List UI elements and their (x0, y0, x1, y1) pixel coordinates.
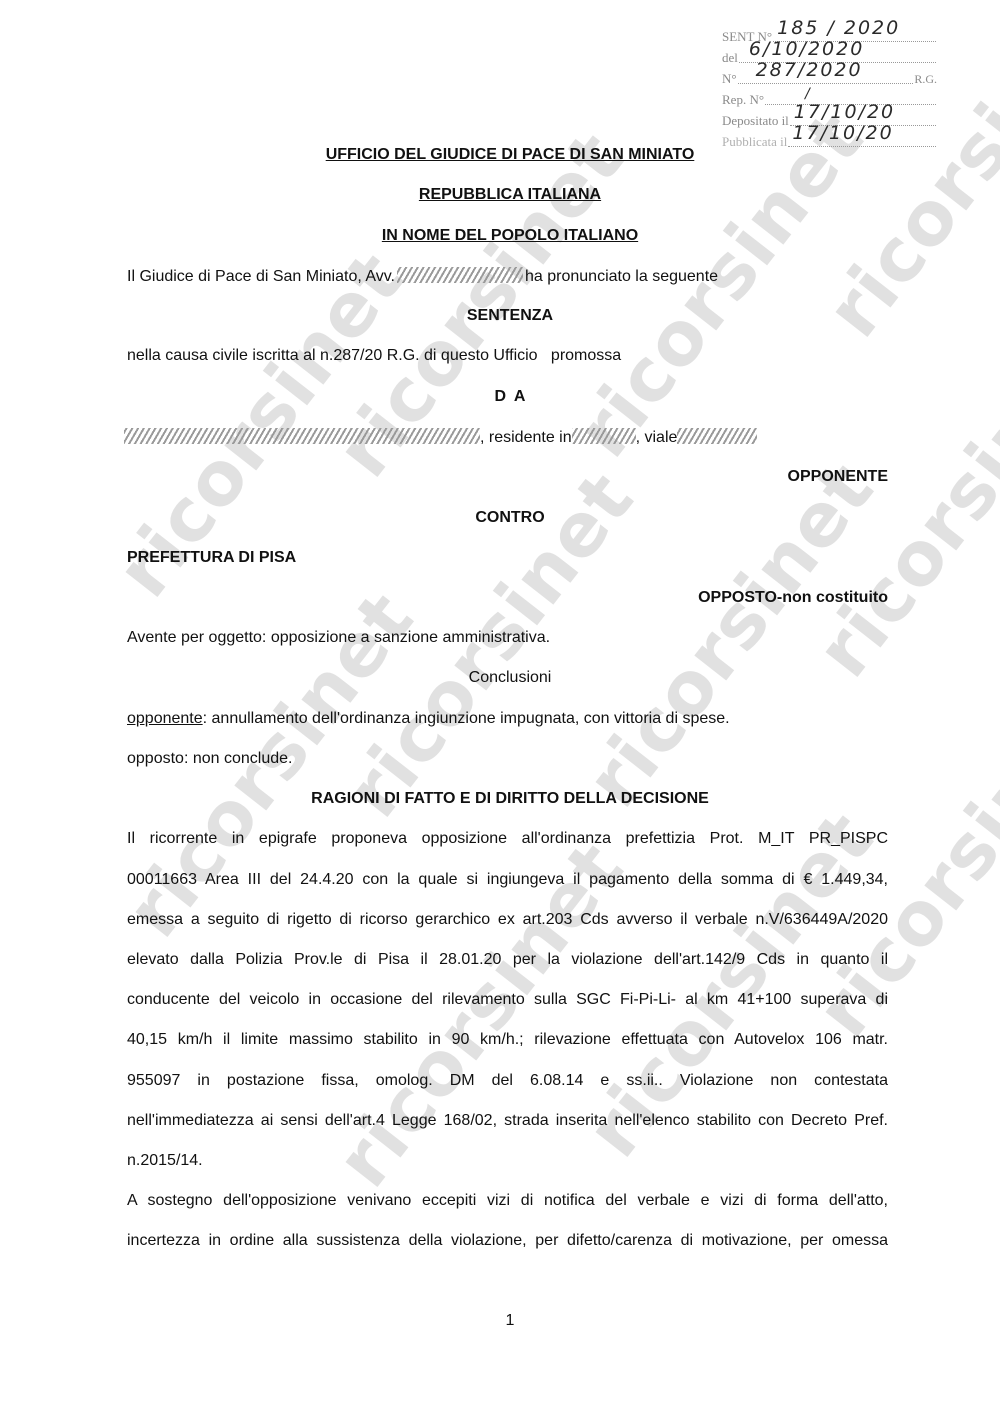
party-line: , residente in, viale (124, 428, 757, 447)
respondent-role: OPPOSTO-non costituito (698, 589, 888, 607)
residence-label: , residente in (480, 429, 572, 446)
paragraph-line: 00011663 Area III del 24.4.20 con la qua… (127, 871, 888, 889)
reasons-title: RAGIONI DI FATTO E DI DIRITTO DELLA DECI… (0, 790, 1000, 808)
document-body: UFFICIO DEL GIUDICE DI PACE DI SAN MINIA… (0, 0, 1000, 1414)
paragraph-line: A sostegno dell'opposizione venivano ecc… (127, 1192, 888, 1210)
stamp-label: Pubblicata il (722, 134, 787, 150)
stamp-handwritten: 287/2020 (756, 59, 863, 81)
da-label: D A (0, 388, 1000, 406)
stamp-handwritten: 17/10/20 (794, 101, 895, 123)
redacted-street (677, 428, 757, 444)
opponent-role: OPPONENTE (788, 468, 888, 486)
stamp-handwritten: 185 / 2020 (777, 17, 900, 39)
paragraph-line: 955097 in postazione fissa, omolog. DM d… (127, 1072, 888, 1090)
paragraph-line: emessa a seguito di rigetto di ricorso g… (127, 911, 888, 929)
respondent-name: PREFETTURA DI PISA (127, 549, 296, 567)
stamp-label: N° (722, 71, 737, 87)
stamp-label: Depositato il (722, 113, 789, 129)
stamp-handwritten: / (805, 86, 812, 102)
paragraph-line: conducente del veicolo in occasione del … (127, 991, 888, 1009)
paragraph-line: elevato dalla Polizia Prov.le di Pisa il… (127, 951, 888, 969)
paragraph-line: nell'immediatezza ai sensi dell'art.4 Le… (127, 1112, 888, 1130)
registry-stamp: SENT N° 185 / 2020 del 6/10/2020 N° 287/… (722, 24, 937, 150)
sentence-title: SENTENZA (0, 307, 1000, 325)
people-heading: IN NOME DEL POPOLO ITALIANO (0, 227, 1000, 245)
judge-line: Il Giudice di Pace di San Miniato, Avv.h… (127, 267, 718, 286)
redacted-residence (572, 428, 636, 444)
redacted-judge-name (397, 267, 523, 283)
stamp-suffix: R.G. (914, 72, 937, 87)
stamp-row-rg-number: N° 287/2020 R.G. (722, 66, 937, 87)
stamp-handwritten: 6/10/2020 (749, 38, 864, 60)
paragraph-line: Il ricorrente in epigrafe proponeva oppo… (127, 830, 888, 848)
page-number: 1 (0, 1312, 1000, 1330)
opponent-label: opponente (127, 710, 203, 727)
paragraph-line: n.2015/14. (127, 1152, 203, 1170)
stamp-row-published: Pubblicata il 17/10/20 (722, 129, 937, 150)
contro-label: CONTRO (0, 509, 1000, 527)
stamp-label: Rep. N° (722, 92, 764, 108)
republic-heading: REPUBBLICA ITALIANA (0, 186, 1000, 204)
opponent-conclusion-text: : annullamento dell'ordinanza ingiunzion… (203, 710, 730, 727)
opponent-conclusion: opponente: annullamento dell'ordinanza i… (127, 710, 730, 728)
paragraph-line: incertezza in ordine alla sussistenza de… (127, 1232, 888, 1250)
stamp-label: del (722, 50, 738, 66)
judge-line-suffix: ha pronunciato la seguente (525, 268, 718, 285)
cause-line: nella causa civile iscritta al n.287/20 … (127, 347, 621, 365)
street-label: , viale (636, 429, 678, 446)
paragraph-line: 40,15 km/h il limite massimo stabilito i… (127, 1031, 888, 1049)
document-page: ricorsinet ricorsinet ricorsinet ricorsi… (0, 0, 1000, 1414)
subject-line: Avente per oggetto: opposizione a sanzio… (127, 629, 550, 647)
stamp-handwritten: 17/10/20 (792, 122, 893, 144)
judge-line-prefix: Il Giudice di Pace di San Miniato, Avv. (127, 268, 395, 285)
opposed-conclusion: opposto: non conclude. (127, 750, 292, 768)
conclusions-title: Conclusioni (0, 669, 1000, 687)
redacted-party-name (124, 428, 480, 444)
